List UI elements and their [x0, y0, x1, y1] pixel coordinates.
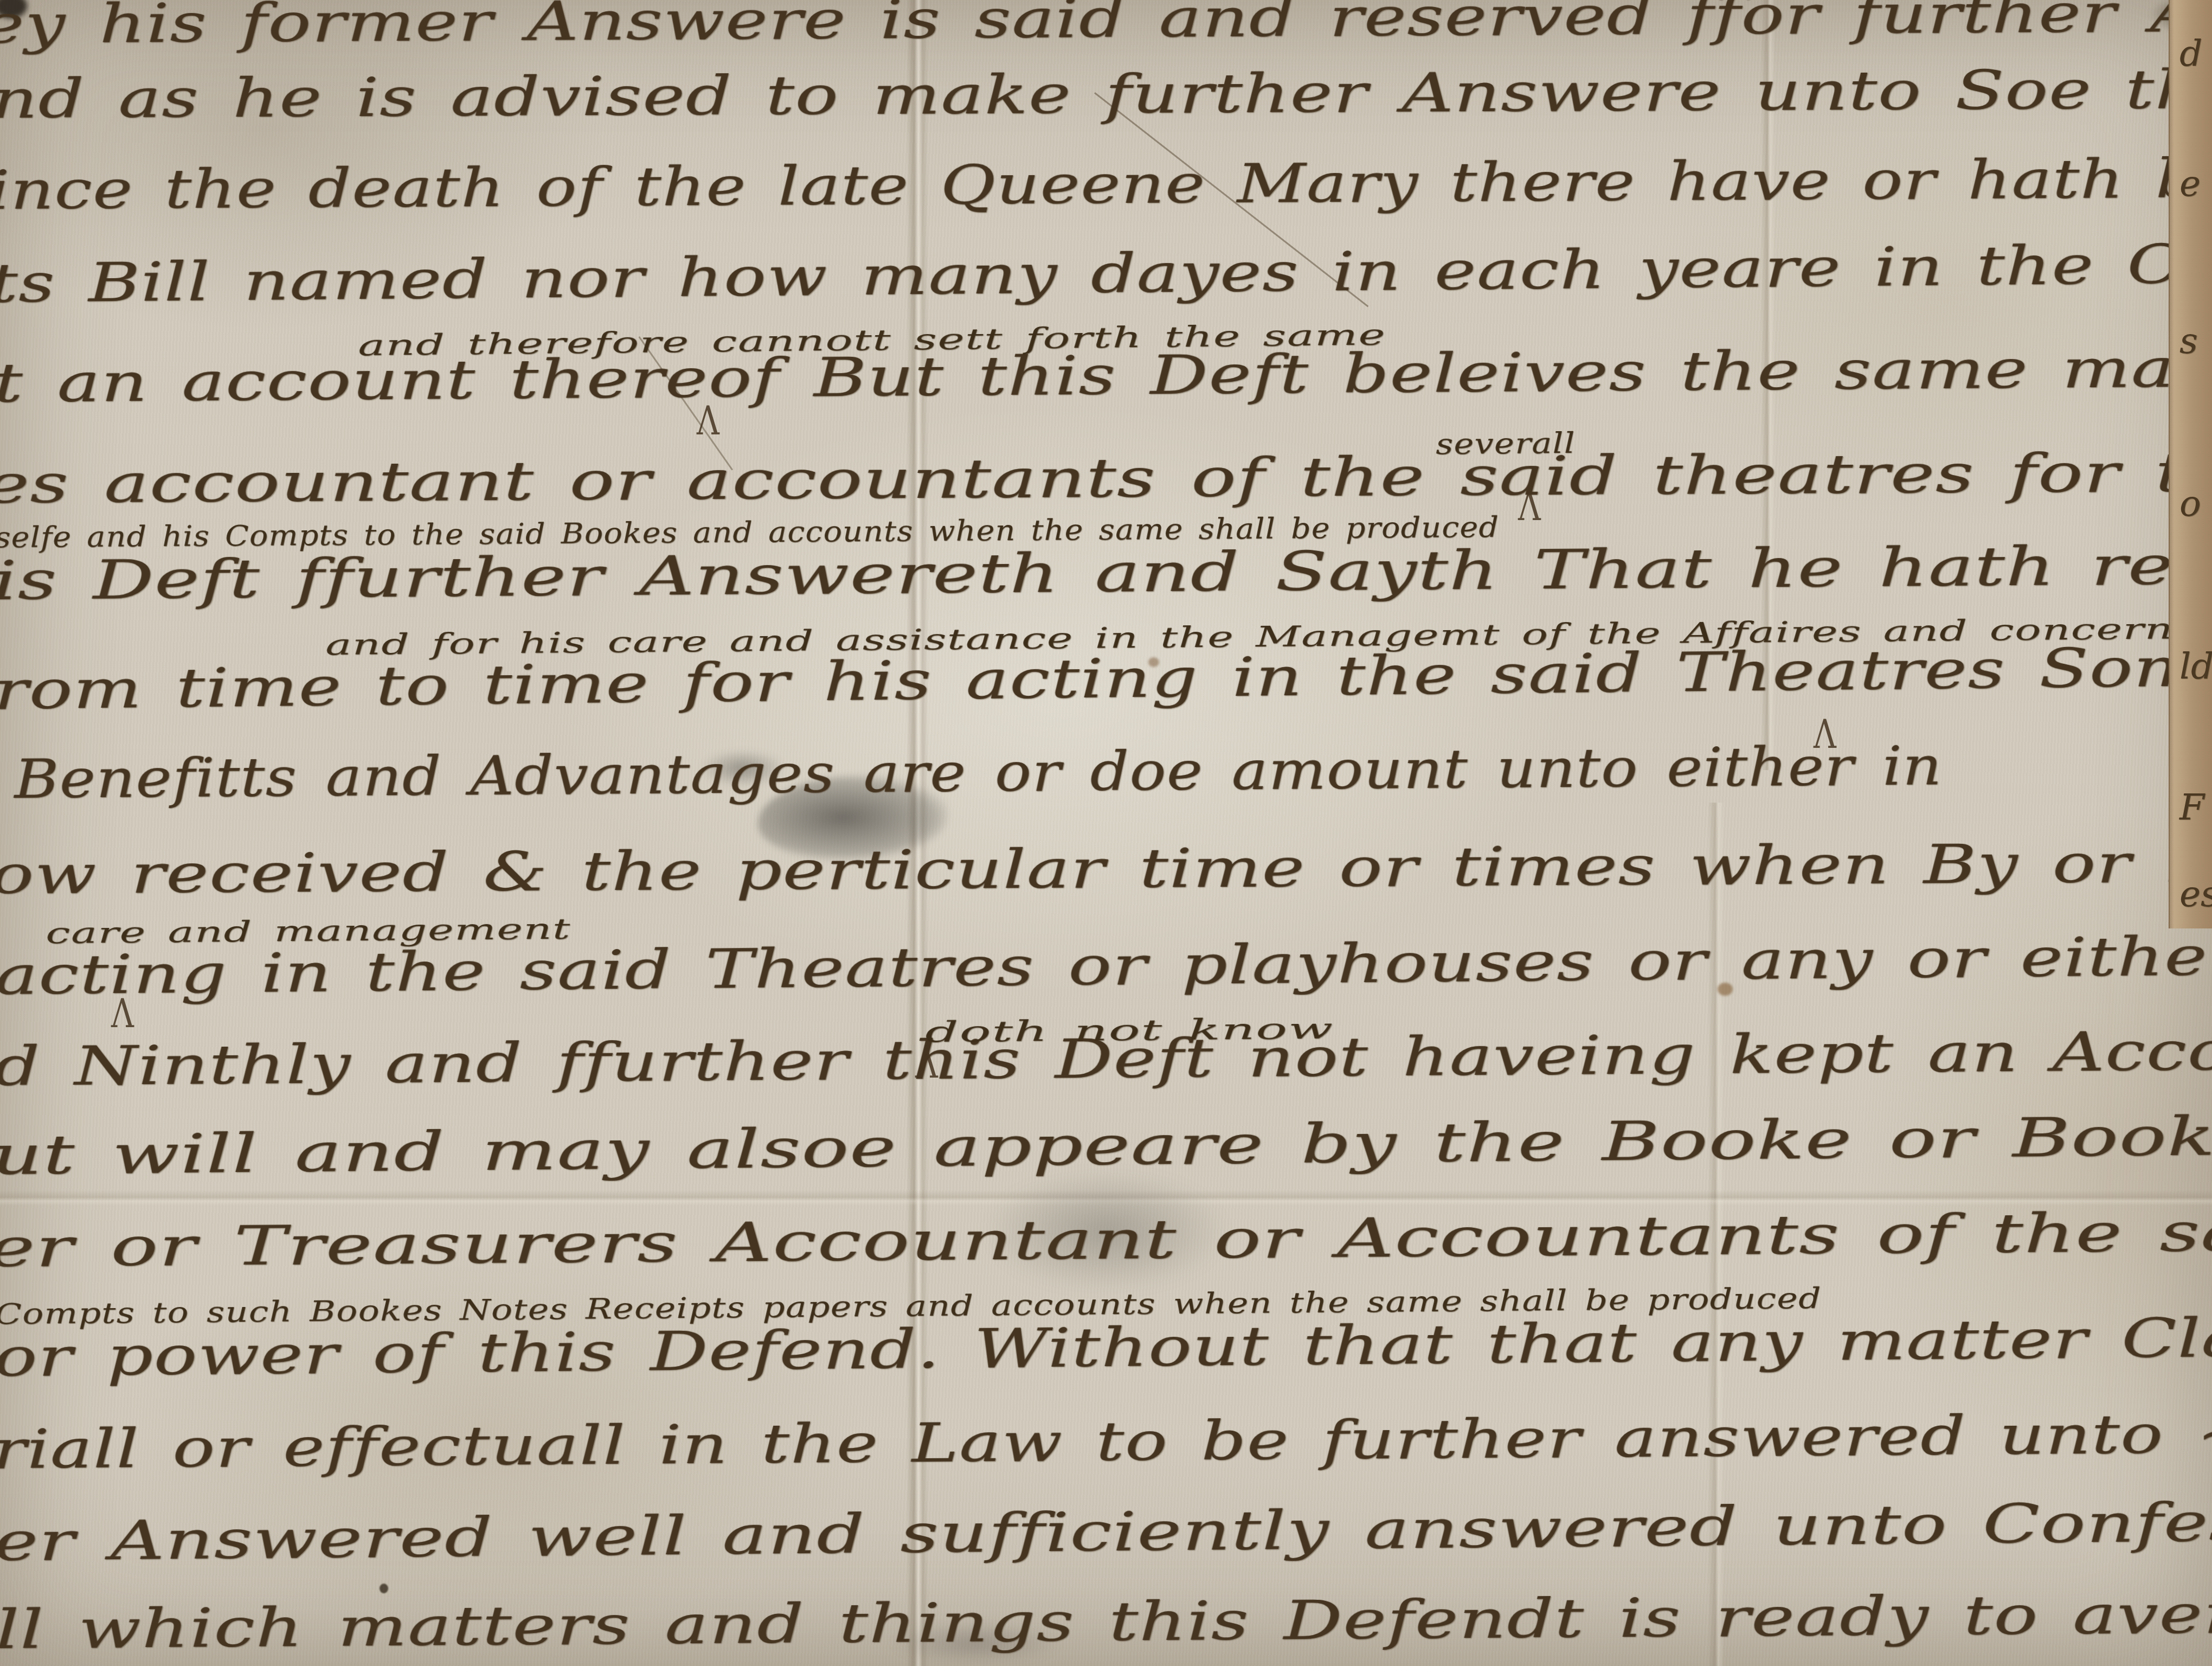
insertion-caret: Λ	[697, 398, 719, 444]
edge-fragment: F	[2179, 786, 2204, 828]
insertion-caret: Λ	[1518, 484, 1541, 530]
manuscript-line: er or Treasurers Accountant or Accountan…	[0, 1202, 2212, 1278]
ink-speck	[380, 1584, 388, 1593]
edge-fragment: e	[2179, 163, 2201, 204]
manuscript-line: ince the death of the late Queene Mary t…	[0, 148, 2212, 220]
manuscript-line: ut will and may alsoe appeare by the Boo…	[0, 1106, 2212, 1186]
insertion-caret: Λ	[915, 1041, 938, 1087]
interlinear-insertion: doth not know	[925, 1014, 1334, 1048]
manuscript-line: ey his former Answere is said and reserv…	[0, 0, 2212, 54]
adjacent-page-edge: d e s o ld F es	[2169, 0, 2212, 928]
manuscript-line: es accountant or accountants of the said…	[0, 443, 2212, 514]
insertion-caret: Λ	[1814, 712, 1836, 758]
manuscript-line: er Answered well and sufficiently answer…	[0, 1491, 2212, 1572]
manuscript-line: ll which matters and things this Defendt…	[0, 1584, 2212, 1659]
edge-fragment: ld	[2179, 645, 2212, 687]
edge-fragment: o	[2179, 483, 2201, 524]
manuscript-photo: ey his former Answere is said and reserv…	[0, 0, 2212, 1666]
edge-fragment: s	[2179, 320, 2198, 362]
manuscript-line: riall or effectuall in the Law to be fur…	[0, 1404, 2212, 1479]
insertion-caret: Λ	[111, 991, 134, 1037]
manuscript-line: ts Bill named nor how many dayes in each…	[0, 233, 2212, 313]
interlinear-insertion: severall	[1436, 428, 1576, 460]
interlinear-insertion: care and management	[46, 914, 571, 950]
manuscript-line: Benefitts and Advantages are or doe amou…	[14, 736, 1943, 809]
manuscript-line: ow received & the perticular time or tim…	[0, 832, 2212, 905]
edge-fragment: d	[2179, 33, 2202, 74]
manuscript-line: nd as he is advised to make further Answ…	[0, 59, 2212, 129]
edge-fragment: es	[2179, 873, 2212, 915]
